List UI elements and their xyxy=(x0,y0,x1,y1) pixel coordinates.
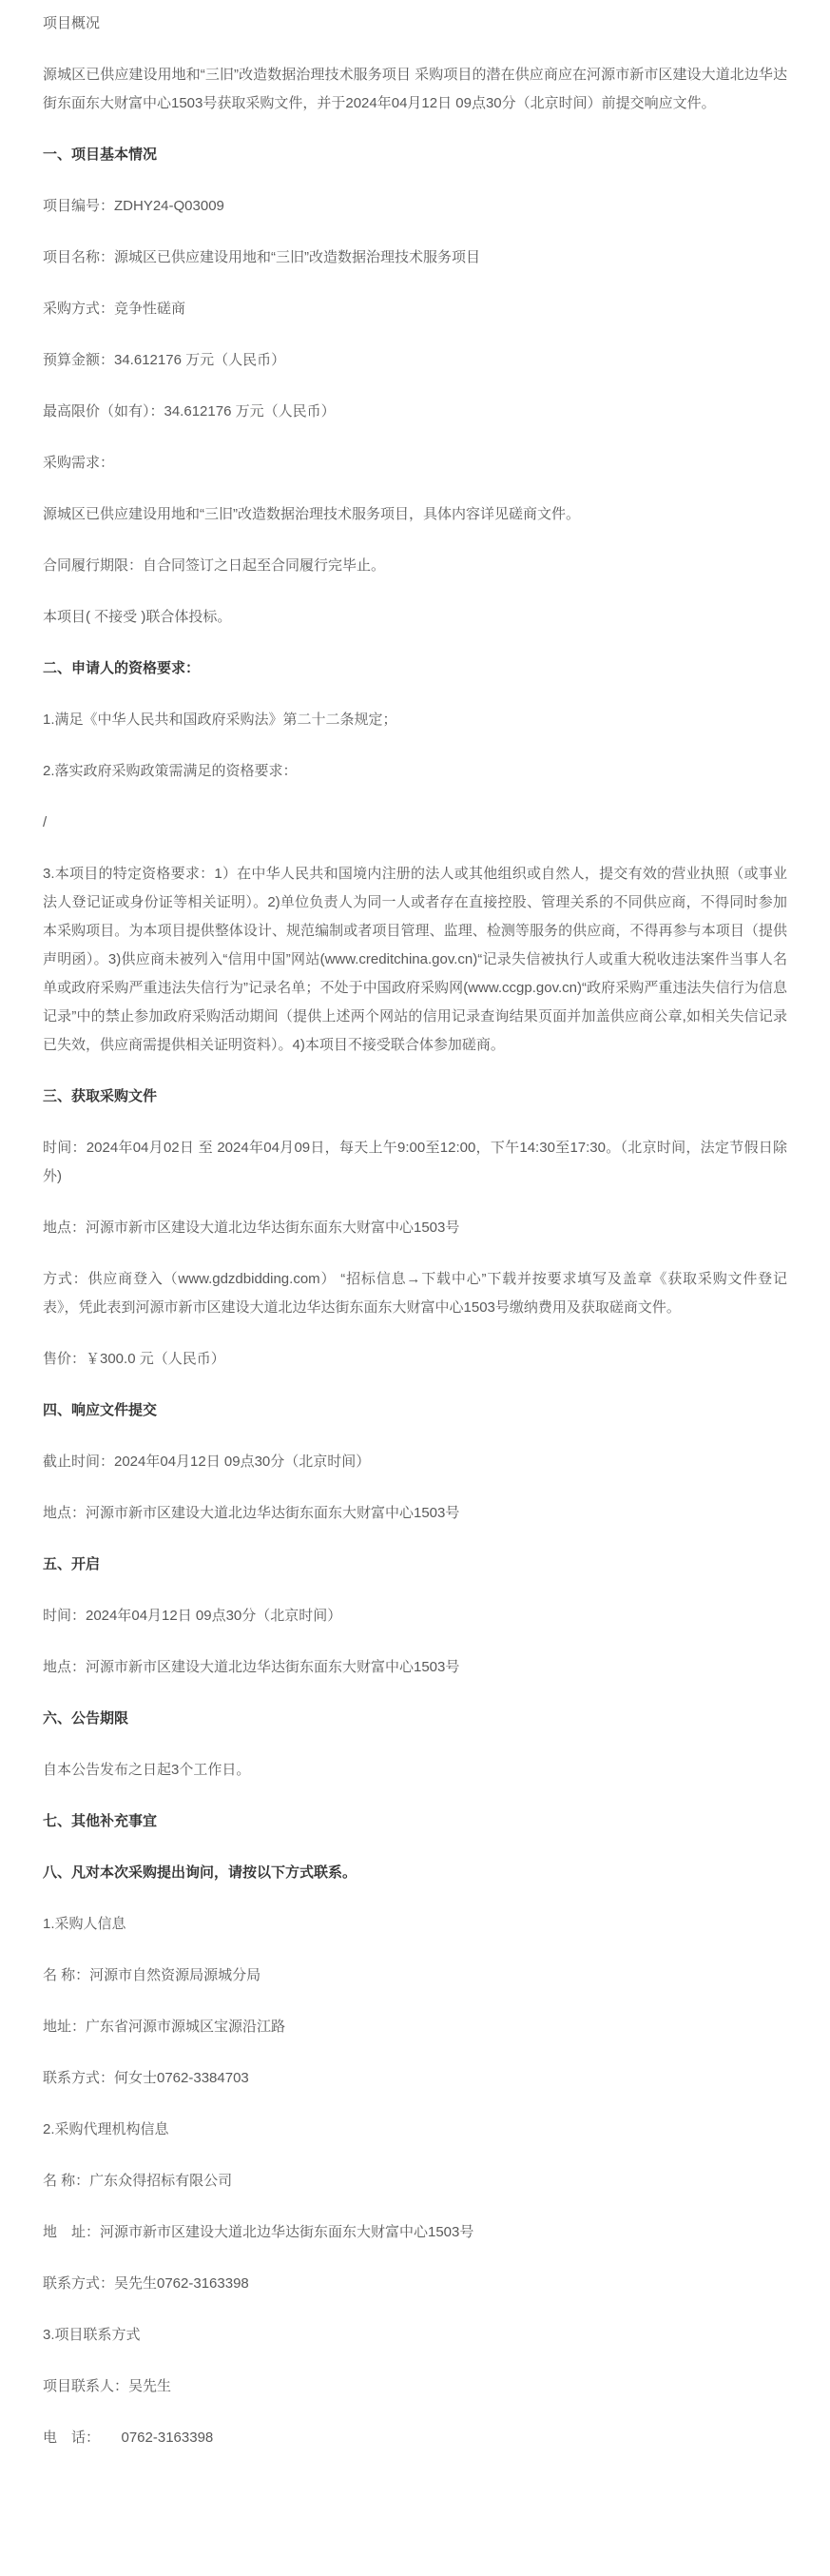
section-paragraph: 电 话： 0762-3163398 xyxy=(43,2424,787,2452)
section-paragraph: 地点：河源市新市区建设大道北边华达街东面东大财富中心1503号 xyxy=(43,1214,787,1242)
section-paragraph: 售价：￥300.0 元（人民币） xyxy=(43,1345,787,1374)
section-paragraph: 地址：广东省河源市源城区宝源沿江路 xyxy=(43,2013,787,2041)
section-paragraph: 方式：供应商登入（www.gdzdbidding.com） “招标信息→下载中心… xyxy=(43,1265,787,1322)
section-paragraph: 最高限价（如有）：34.612176 万元（人民币） xyxy=(43,398,787,426)
section-paragraph: 2.采购代理机构信息 xyxy=(43,2116,787,2144)
sections-container: 一、项目基本情况项目编号：ZDHY24-Q03009项目名称：源城区已供应建设用… xyxy=(43,141,787,2452)
section-paragraph: 源城区已供应建设用地和“三旧”改造数据治理技术服务项目，具体内容详见磋商文件。 xyxy=(43,500,787,529)
procurement-announcement-document: 项目概况 源城区已供应建设用地和“三旧”改造数据治理技术服务项目 采购项目的潜在… xyxy=(0,0,830,2576)
section-paragraph: 地点：河源市新市区建设大道北边华达街东面东大财富中心1503号 xyxy=(43,1653,787,1682)
section-paragraph: 时间：2024年04月12日 09点30分（北京时间） xyxy=(43,1602,787,1630)
section-paragraph: 名 称：河源市自然资源局源城分局 xyxy=(43,1961,787,1990)
section-paragraph: 3.本项目的特定资格要求：1）在中华人民共和国境内注册的法人或其他组织或自然人，… xyxy=(43,860,787,1060)
section-paragraph: 1.采购人信息 xyxy=(43,1910,787,1939)
section-paragraph: 2.落实政府采购政策需满足的资格要求： xyxy=(43,757,787,786)
section-heading: 四、响应文件提交 xyxy=(43,1396,787,1425)
section-paragraph: 截止时间：2024年04月12日 09点30分（北京时间） xyxy=(43,1448,787,1476)
section-paragraph: 采购需求： xyxy=(43,449,787,478)
section-heading: 一、项目基本情况 xyxy=(43,141,787,169)
section-heading: 三、获取采购文件 xyxy=(43,1083,787,1111)
section-paragraph: 时间：2024年04月02日 至 2024年04月09日，每天上午9:00至12… xyxy=(43,1134,787,1191)
intro-paragraph: 源城区已供应建设用地和“三旧”改造数据治理技术服务项目 采购项目的潜在供应商应在… xyxy=(43,61,787,118)
section-paragraph: 项目联系人：吴先生 xyxy=(43,2372,787,2401)
section-paragraph: 项目名称：源城区已供应建设用地和“三旧”改造数据治理技术服务项目 xyxy=(43,244,787,272)
section-paragraph: 名 称：广东众得招标有限公司 xyxy=(43,2167,787,2195)
section-paragraph: 采购方式：竞争性磋商 xyxy=(43,295,787,323)
section-heading: 五、开启 xyxy=(43,1551,787,1579)
section-paragraph: 合同履行期限：自合同签订之日起至合同履行完毕止。 xyxy=(43,552,787,580)
section-paragraph: 地 址：河源市新市区建设大道北边华达街东面东大财富中心1503号 xyxy=(43,2218,787,2247)
overview-heading: 项目概况 xyxy=(43,10,787,38)
section-paragraph: 3.项目联系方式 xyxy=(43,2321,787,2350)
section-paragraph: 1.满足《中华人民共和国政府采购法》第二十二条规定； xyxy=(43,706,787,734)
section-paragraph: 本项目( 不接受 )联合体投标。 xyxy=(43,603,787,632)
section-heading: 六、公告期限 xyxy=(43,1705,787,1733)
section-paragraph: 地点：河源市新市区建设大道北边华达街东面东大财富中心1503号 xyxy=(43,1499,787,1528)
section-paragraph: 项目编号：ZDHY24-Q03009 xyxy=(43,192,787,221)
section-heading: 七、其他补充事宜 xyxy=(43,1807,787,1836)
section-heading: 二、申请人的资格要求： xyxy=(43,654,787,683)
section-paragraph: 自本公告发布之日起3个工作日。 xyxy=(43,1756,787,1785)
section-paragraph: 联系方式：何女士0762-3384703 xyxy=(43,2064,787,2093)
section-paragraph: 预算金额：34.612176 万元（人民币） xyxy=(43,346,787,375)
section-paragraph: 联系方式：吴先生0762-3163398 xyxy=(43,2270,787,2298)
section-heading: 八、凡对本次采购提出询问，请按以下方式联系。 xyxy=(43,1859,787,1887)
section-paragraph: / xyxy=(43,809,787,837)
